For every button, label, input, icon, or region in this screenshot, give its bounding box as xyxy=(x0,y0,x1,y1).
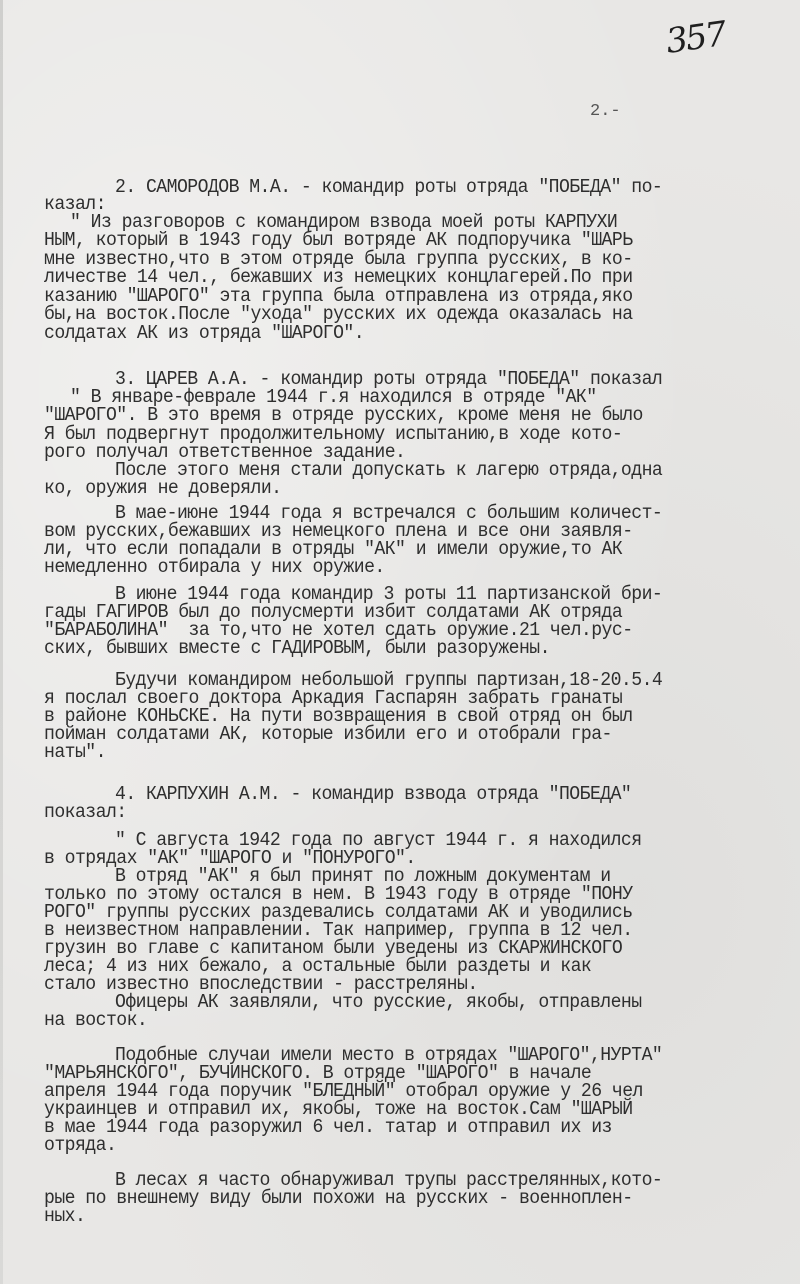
page-number: 2.- xyxy=(590,102,621,121)
text-line: солдатах АК из отряда "ШАРОГО". xyxy=(44,323,364,343)
text-line: показал: xyxy=(44,802,127,822)
page-edge xyxy=(0,0,3,1284)
text-line: Офицеры АК заявляли, что русские, якобы,… xyxy=(115,992,642,1012)
text-line: рые по внешнему виду были похожи на русс… xyxy=(44,1188,633,1208)
text-line: 4. КАРПУХИН А.М. - командир взвода отряд… xyxy=(115,784,631,804)
text-line: ских, бывших вместе с ГАДИРОВЫМ, были ра… xyxy=(44,638,550,658)
text-line: немедленно отбирала у них оружие. xyxy=(44,557,385,577)
text-line: ко, оружия не доверяли. xyxy=(44,478,281,498)
text-line: 2. САМОРОДОВ М.А. - командир роты отряда… xyxy=(115,177,662,197)
archive-folio-number: 357 xyxy=(664,14,728,62)
text-line: бы,на восток.После "ухода" русских их од… xyxy=(44,304,633,324)
text-line: ных. xyxy=(44,1206,85,1226)
text-line: "ШАРОГО". В это время в отряде русских, … xyxy=(44,405,643,425)
text-line: отряда. xyxy=(44,1135,116,1155)
text-line: на восток. xyxy=(44,1010,147,1030)
text-line: наты". xyxy=(44,742,106,762)
document-page: 357 2.- 2. САМОРОДОВ М.А. - командир рот… xyxy=(0,0,800,1284)
text-line: в мае 1944 года разоружил 6 чел. татар и… xyxy=(44,1117,612,1137)
text-line: НЫМ, который в 1943 году был вотряде АК … xyxy=(44,230,633,250)
text-line: личестве 14 чел., бежавших из немецких к… xyxy=(44,267,633,287)
text-line: пойман солдатами АК, которые избили его … xyxy=(44,724,612,744)
